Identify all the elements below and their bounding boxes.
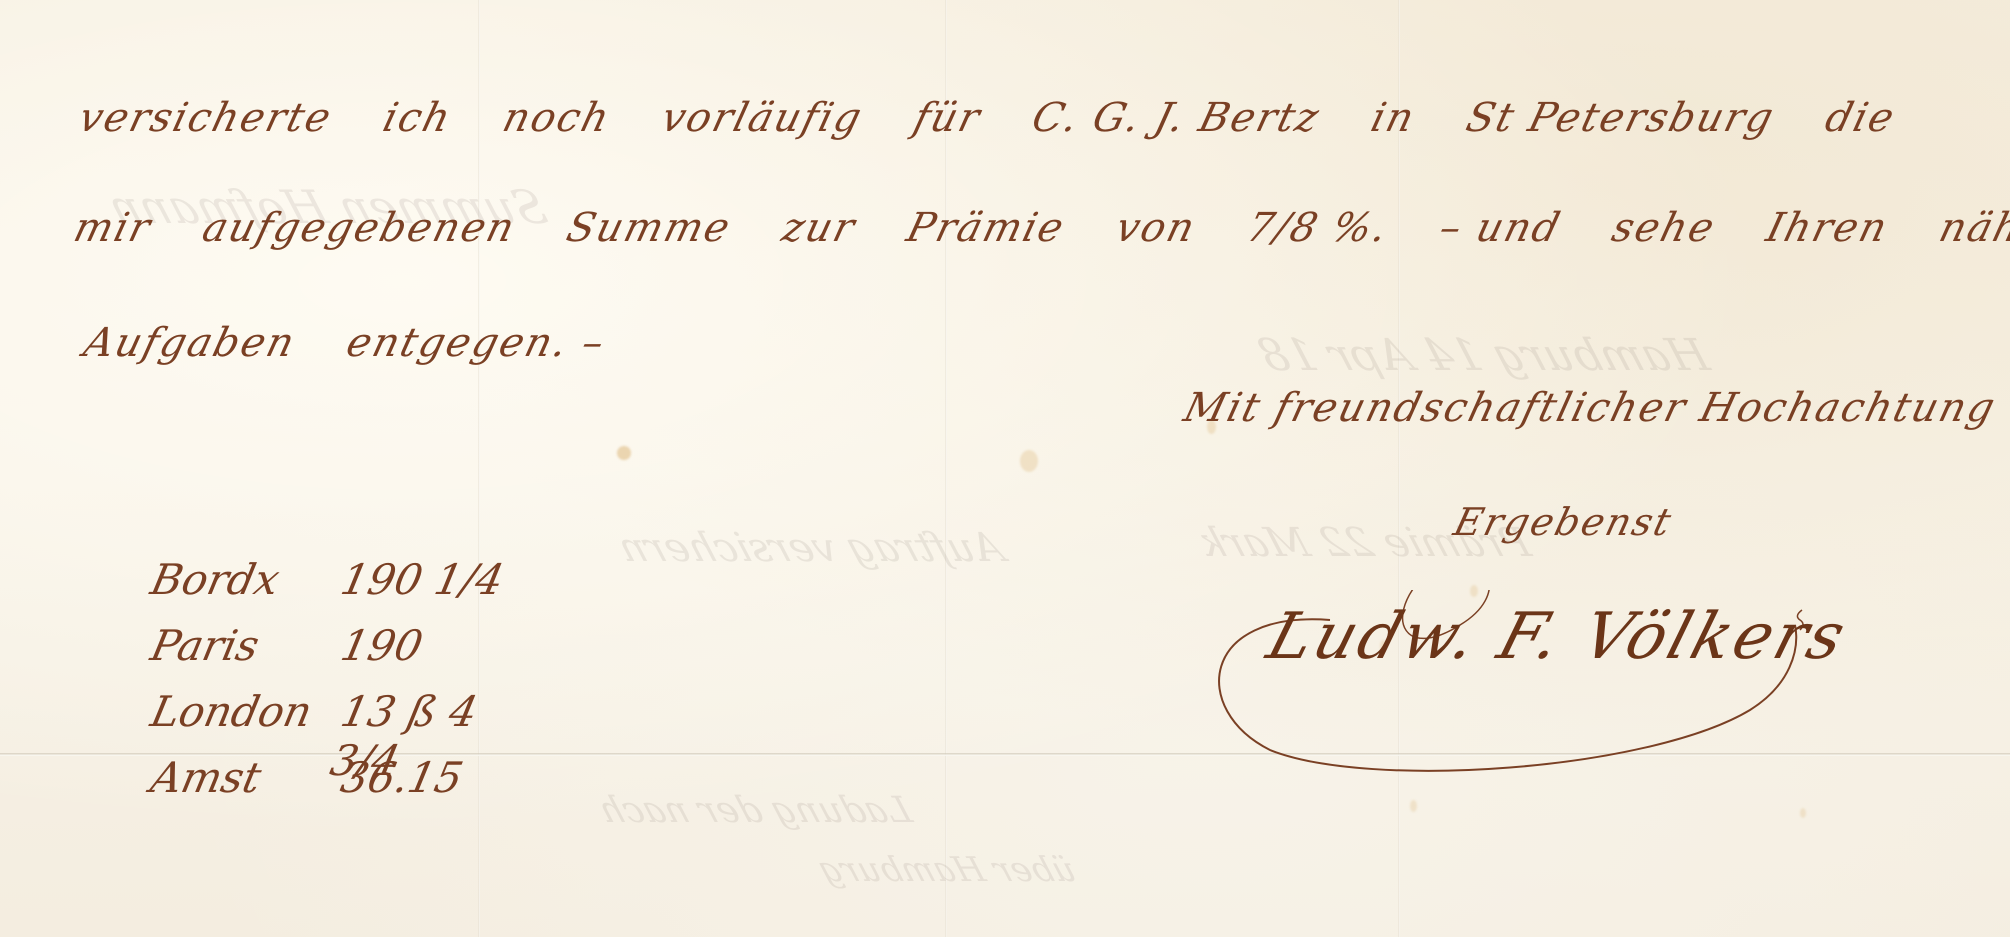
rate-value: 36.15 (337, 753, 468, 802)
letter-word: in (1366, 95, 1420, 141)
foxing-spot (1020, 450, 1038, 472)
letter-word: Prämie (902, 205, 1070, 251)
exchange-rate-row: Paris 190 (143, 621, 537, 687)
letter-word: die (1821, 95, 1901, 141)
letter-word: Summe (562, 205, 736, 251)
letter-line-3: Aufgaben entgegen. – (79, 320, 648, 366)
signature: Ludw. F. Völkers (1259, 600, 1855, 674)
letter-line-1: versicherte ich noch vorläufig für C. G.… (74, 95, 1938, 141)
bleed-through-text: über Hamburg (814, 850, 1082, 890)
foxing-spot (1410, 800, 1417, 812)
rate-value: 190 (337, 621, 428, 670)
letter-word: Ihren (1762, 205, 1894, 251)
letter-word: von (1111, 205, 1201, 251)
rate-city: Paris (147, 621, 264, 670)
letter-word: zur (777, 205, 860, 251)
premium-rate: 7/8 %. (1242, 205, 1393, 251)
letter-word: ich (378, 95, 456, 141)
place-name: St Petersburg (1462, 95, 1780, 141)
addressee-name: C. G. J. Bertz (1027, 95, 1325, 141)
letter-word: mir (69, 205, 156, 251)
letter-word: für (909, 95, 986, 141)
letter-word: näheren (1935, 205, 2010, 251)
rate-value: 190 1/4 (337, 555, 509, 604)
rate-city: Bordx (147, 555, 284, 604)
exchange-rate-row: Bordx 190 1/4 (143, 555, 537, 621)
letter-word: Aufgaben (79, 320, 300, 366)
foxing-spot (1800, 808, 1806, 818)
exchange-rate-row: Amst 36.15 (143, 753, 537, 819)
rate-city: Amst (147, 753, 266, 802)
rate-city: London (147, 687, 317, 736)
letter-word: aufgegebenen (198, 205, 521, 251)
closing-salutation: Mit freundschaftlicher Hochachtung (1179, 385, 2001, 431)
letter-word: entgegen. – (342, 320, 611, 366)
bleed-through-text: Auftrag versichern (613, 525, 1010, 571)
letter-word: vorläufig (657, 95, 868, 141)
letter-line-2: mir aufgegebenen Summe zur Prämie von 7/… (69, 205, 2010, 251)
foxing-spot (617, 446, 631, 460)
bleed-through-text: Ladung der nach (593, 790, 917, 831)
closing-valediction: Ergebenst (1450, 500, 1678, 544)
exchange-rates-list: Bordx 190 1/4 Paris 190 London 13 ß 4 3/… (150, 555, 530, 819)
letter-word: noch (498, 95, 615, 141)
exchange-rate-row: London 13 ß 4 3/4 (143, 687, 537, 753)
bleed-through-text: Hamburg 14 Apr 18 (1252, 330, 1716, 381)
letter-word: versicherte (74, 95, 337, 141)
letter-word: – und (1435, 205, 1566, 251)
letter-word: sehe (1607, 205, 1720, 251)
